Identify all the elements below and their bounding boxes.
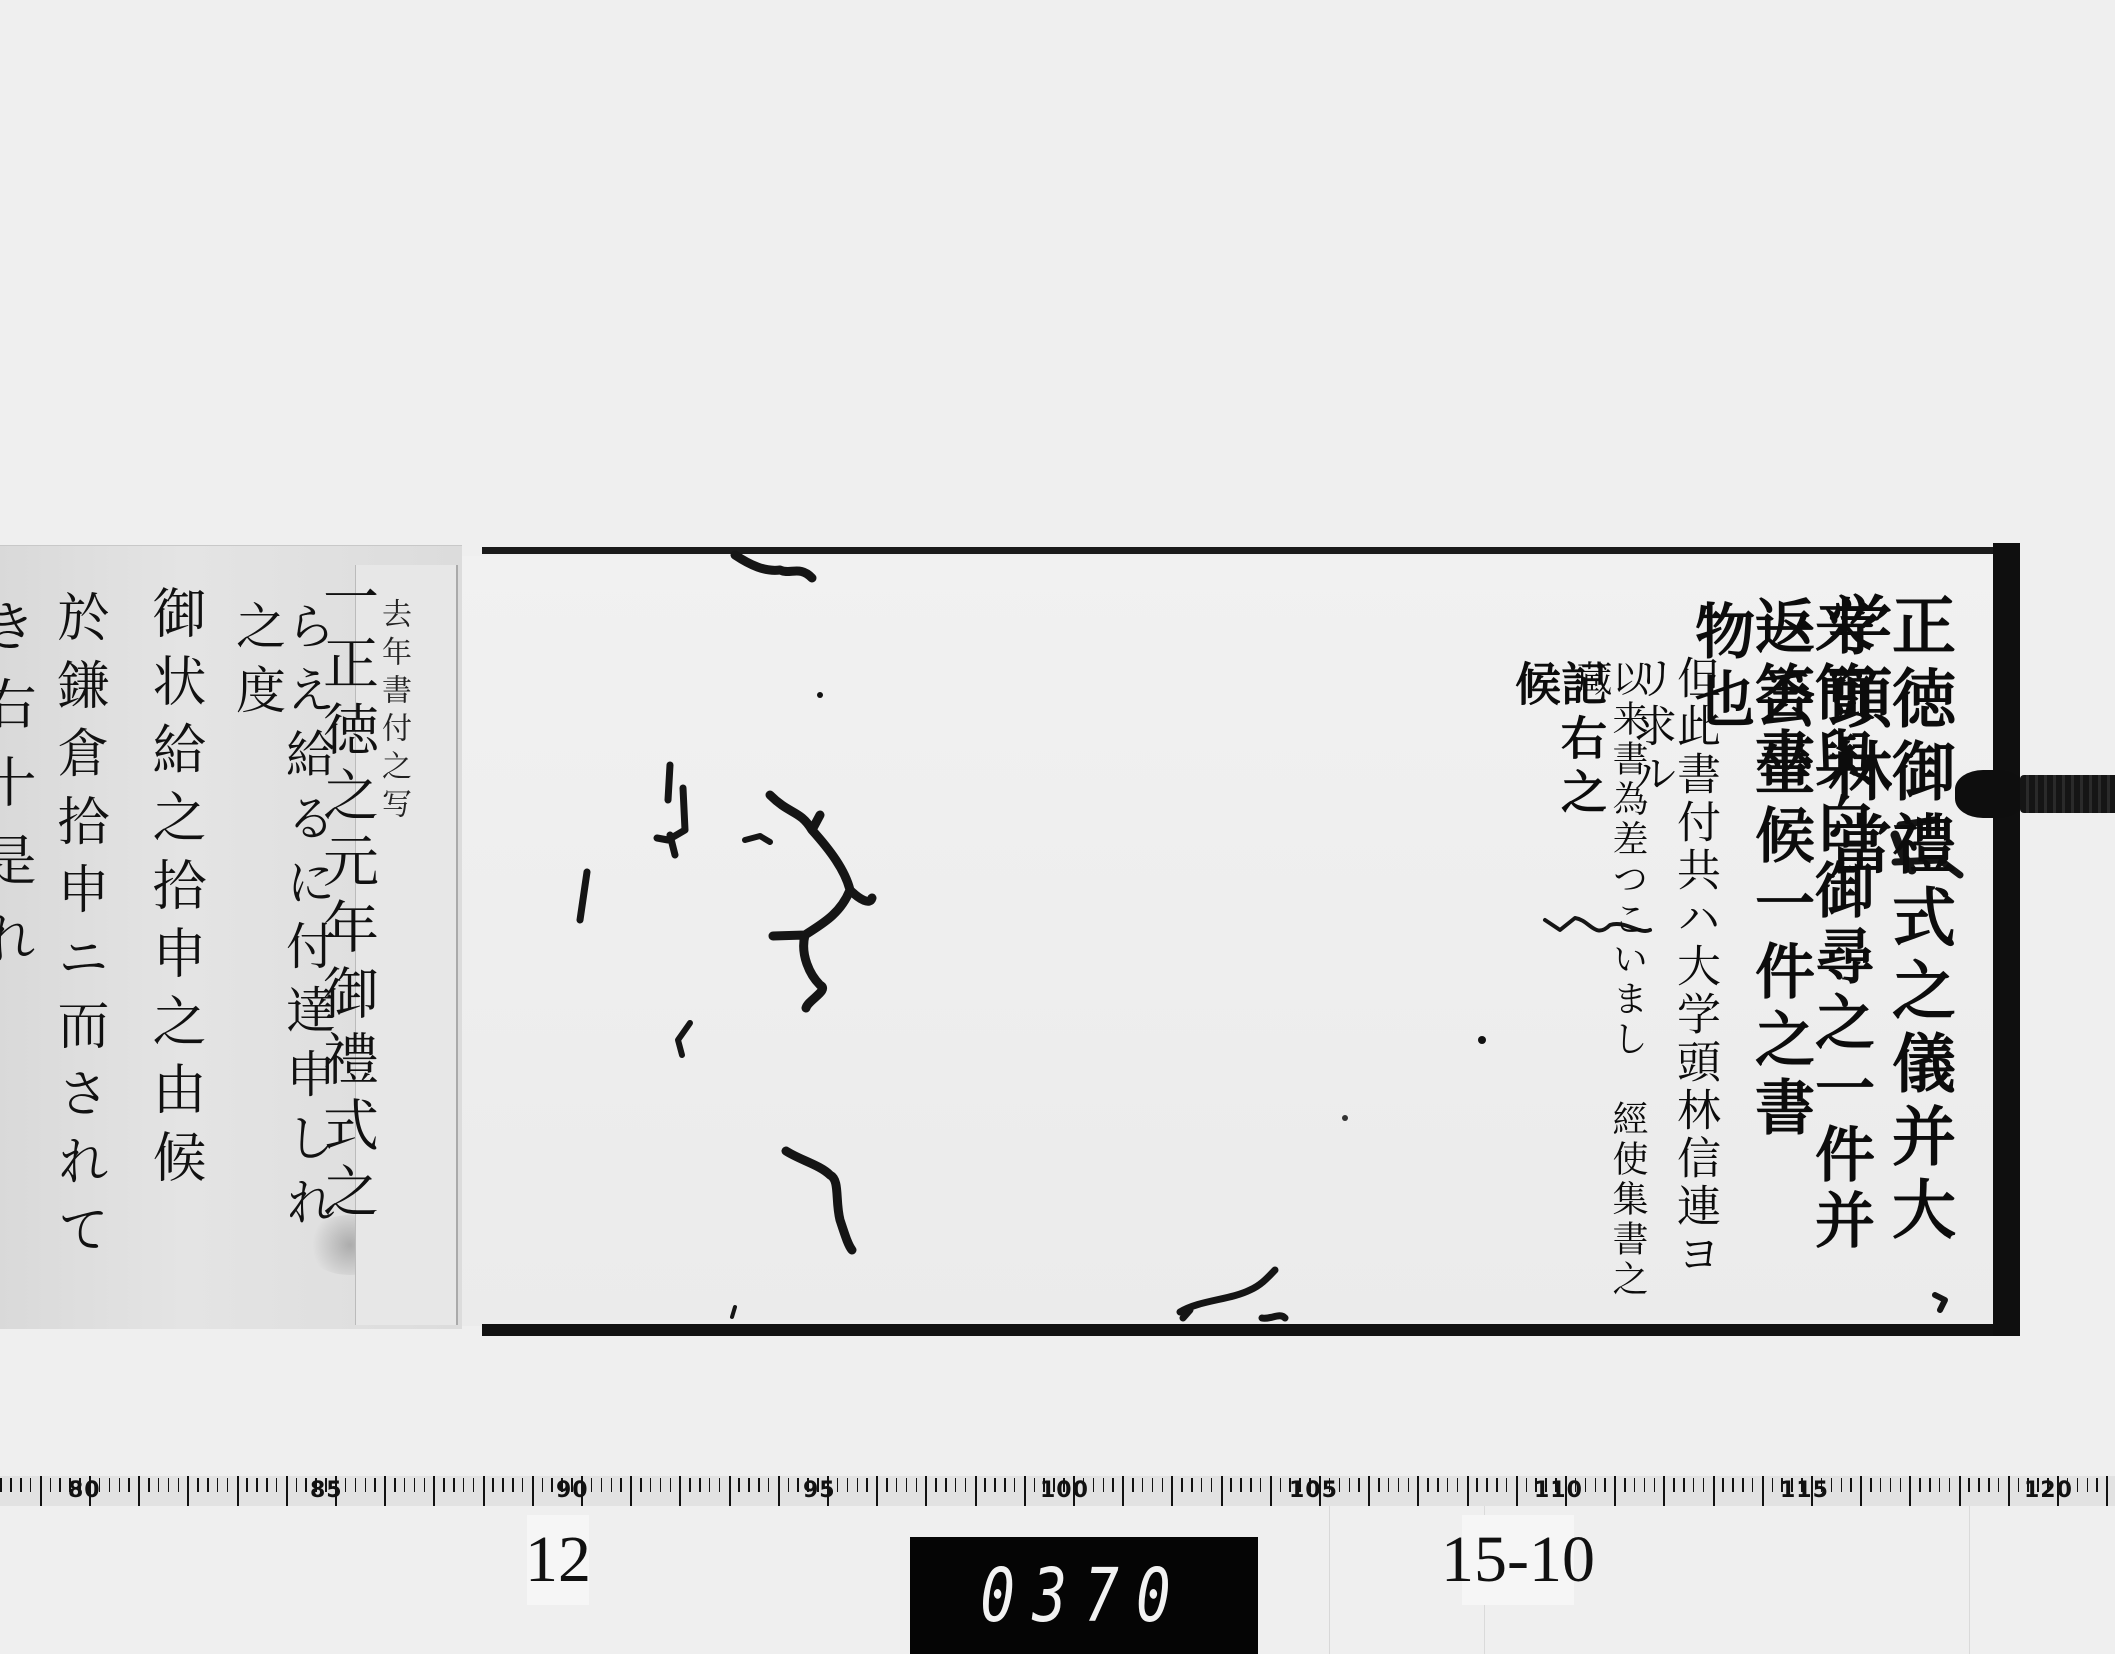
ruler-tick <box>630 1476 632 1506</box>
ruler-tick <box>59 1478 61 1492</box>
ruler-tick <box>404 1478 406 1492</box>
ruler-tick <box>1614 1476 1616 1506</box>
ruler-tick <box>1171 1476 1173 1506</box>
ruler-tick <box>384 1476 386 1506</box>
ruler-tick <box>0 1478 2 1492</box>
ruler-tick <box>1152 1478 1154 1492</box>
ruler-tick <box>492 1478 494 1492</box>
ruler-tick <box>30 1478 32 1492</box>
ruler-tick <box>729 1476 731 1506</box>
ruler-tick <box>611 1478 613 1492</box>
ruler-tick <box>1860 1476 1862 1506</box>
ruler-tick <box>1968 1478 1970 1492</box>
ruler-label: 95 <box>803 1478 836 1503</box>
ruler-tick <box>1654 1478 1656 1492</box>
ruler-tick <box>1526 1478 1528 1492</box>
ruler-tick <box>1447 1478 1449 1492</box>
ruler-tick <box>1831 1478 1833 1492</box>
ruler-tick <box>945 1478 947 1492</box>
ruler-tick <box>1260 1478 1262 1492</box>
ruler-tick <box>1772 1478 1774 1492</box>
ruler-tick <box>187 1476 189 1506</box>
ruler-tick <box>955 1478 957 1492</box>
ruler-tick <box>227 1478 229 1492</box>
ruler-tick <box>365 1478 367 1492</box>
ruler-tick <box>2087 1478 2089 1492</box>
ruler-tick <box>1476 1478 1478 1492</box>
ruler-tick <box>1496 1478 1498 1492</box>
ruler-tick <box>758 1478 760 1492</box>
ruler-tick <box>1752 1478 1754 1492</box>
ruler-tick <box>1427 1478 1429 1492</box>
ruler-tick <box>443 1478 445 1492</box>
ruler-tick <box>1408 1478 1410 1492</box>
ruler-tick <box>709 1478 711 1492</box>
ruler-tick <box>847 1478 849 1492</box>
ruler-tick <box>670 1478 672 1492</box>
ruler-label: 120 <box>2024 1478 2073 1503</box>
ruler-tick <box>866 1478 868 1492</box>
ruler-tick <box>433 1476 435 1506</box>
ruler-tick <box>305 1478 307 1492</box>
divider <box>1329 1506 1330 1654</box>
ruler-tick <box>1703 1478 1705 1492</box>
ruler-tick <box>1880 1478 1882 1492</box>
ruler-tick <box>1722 1478 1724 1492</box>
ruler-label: 105 <box>1289 1478 1338 1503</box>
ruler-tick <box>1230 1478 1232 1492</box>
ruler-tick <box>1929 1478 1931 1492</box>
ruler-tick <box>994 1478 996 1492</box>
ruler-tick <box>1250 1478 1252 1492</box>
ruler-tick <box>1221 1476 1223 1506</box>
ruler-tick <box>1673 1478 1675 1492</box>
ruler-tick <box>1742 1478 1744 1492</box>
ruler-tick <box>20 1478 22 1492</box>
ruler-tick <box>119 1478 121 1492</box>
ruler-tick <box>699 1478 701 1492</box>
ruler-tick <box>689 1478 691 1492</box>
ruler-tick <box>1683 1478 1685 1492</box>
ruler-tick <box>1122 1476 1124 1506</box>
ruler-tick <box>935 1478 937 1492</box>
ruler-tick <box>1378 1478 1380 1492</box>
ruler-tick <box>778 1476 780 1506</box>
ruler-tick <box>1004 1478 1006 1492</box>
ruler-tick <box>748 1478 750 1492</box>
ruler-tick <box>797 1478 799 1492</box>
ruler-tick <box>1909 1476 1911 1506</box>
ruler-tick <box>1280 1478 1282 1492</box>
ruler-tick <box>857 1478 859 1492</box>
ruler-tick <box>1634 1478 1636 1492</box>
ruler-tick <box>1368 1476 1370 1506</box>
ruler-tick <box>1949 1478 1951 1492</box>
ruler-tick <box>788 1478 790 1492</box>
ruler-tick <box>1270 1476 1272 1506</box>
ruler-tick <box>719 1478 721 1492</box>
ruler-tick <box>345 1478 347 1492</box>
ruler-tick <box>1358 1478 1360 1492</box>
ruler-tick <box>1162 1478 1164 1492</box>
ruler-tick <box>502 1478 504 1492</box>
ruler-label: 85 <box>310 1478 343 1503</box>
divider <box>1969 1506 1970 1654</box>
ruler-tick <box>1595 1478 1597 1492</box>
ruler-tick <box>1900 1478 1902 1492</box>
ruler-tick <box>1034 1478 1036 1492</box>
ruler-tick <box>1132 1478 1134 1492</box>
ruler-tick <box>542 1478 544 1492</box>
ruler-tick <box>1398 1478 1400 1492</box>
ruler-tick <box>10 1478 12 1492</box>
ruler-tick <box>1978 1478 1980 1492</box>
ruler-tick <box>2096 1478 2098 1492</box>
ruler-tick <box>266 1478 268 1492</box>
ruler-tick <box>601 1478 603 1492</box>
ruler-tick <box>2018 1478 2020 1492</box>
measurement-ruler: 80 85 90 95 100 105 110 115 120 <box>0 1476 2115 1506</box>
ruler-tick <box>237 1476 239 1506</box>
ruler-tick <box>50 1478 52 1492</box>
ruler-tick <box>286 1476 288 1506</box>
ruler-label: 80 <box>68 1478 101 1503</box>
ruler-tick <box>453 1478 455 1492</box>
ruler-tick <box>1624 1478 1626 1492</box>
ruler-tick <box>2077 1478 2079 1492</box>
ruler-tick <box>1732 1478 1734 1492</box>
ruler-tick <box>650 1478 652 1492</box>
ruler-tick <box>620 1478 622 1492</box>
ruler-tick <box>355 1478 357 1492</box>
ruler-tick <box>109 1478 111 1492</box>
ruler-tick <box>1890 1478 1892 1492</box>
ruler-tick <box>1762 1476 1764 1506</box>
ruler-tick <box>1112 1478 1114 1492</box>
ruler-tick <box>1014 1478 1016 1492</box>
ruler-label: 90 <box>556 1478 589 1503</box>
ruler-tick <box>2008 1476 2010 1506</box>
ruler-tick <box>256 1478 258 1492</box>
ruler-tick <box>925 1476 927 1506</box>
ruler-tick <box>473 1478 475 1492</box>
ruler-tick <box>40 1476 42 1506</box>
ruler-tick <box>660 1478 662 1492</box>
ruler-tick <box>1516 1476 1518 1506</box>
ruler-tick <box>591 1478 593 1492</box>
ruler-tick <box>886 1478 888 1492</box>
ruler-tick <box>1959 1476 1961 1506</box>
ruler-tick <box>916 1478 918 1492</box>
ruler-tick <box>1693 1478 1695 1492</box>
ruler-tick <box>975 1476 977 1506</box>
ruler-tick <box>178 1478 180 1492</box>
ruler-tick <box>217 1478 219 1492</box>
frame-counter: 0370 <box>910 1537 1258 1654</box>
ruler-tick <box>128 1478 130 1492</box>
ruler-tick <box>1201 1478 1203 1492</box>
ruler-tick <box>1437 1478 1439 1492</box>
ruler-tick <box>551 1478 553 1492</box>
ruler-tick <box>1486 1478 1488 1492</box>
ruler-tick <box>276 1478 278 1492</box>
ruler-tick <box>424 1478 426 1492</box>
ruler-tick <box>1388 1478 1390 1492</box>
ruler-tick <box>837 1478 839 1492</box>
ruler-tick <box>1939 1478 1941 1492</box>
ruler-tick <box>679 1476 681 1506</box>
ruler-tick <box>1870 1478 1872 1492</box>
ruler-label: 110 <box>1534 1478 1583 1503</box>
ruler-tick <box>1713 1476 1715 1506</box>
ruler-tick <box>207 1478 209 1492</box>
frame-number: 0370 <box>980 1553 1188 1639</box>
ruler-tick <box>984 1478 986 1492</box>
ruler-tick <box>463 1478 465 1492</box>
ruler-tick <box>1850 1478 1852 1492</box>
ruler-tick <box>148 1478 150 1492</box>
ruler-tick <box>532 1476 534 1506</box>
ruler-tick <box>138 1476 140 1506</box>
reel-number-label: 12 <box>527 1515 589 1605</box>
ruler-tick <box>1142 1478 1144 1492</box>
ruler-tick <box>1644 1478 1646 1492</box>
ruler-tick <box>246 1478 248 1492</box>
ruler-tick <box>296 1478 298 1492</box>
ruler-tick <box>1457 1478 1459 1492</box>
ruler-tick <box>2106 1476 2108 1506</box>
ruler-tick <box>168 1478 170 1492</box>
ruler-tick <box>768 1478 770 1492</box>
ruler-tick <box>1339 1478 1341 1492</box>
ruler-tick <box>1024 1476 1026 1506</box>
ruler-label: 115 <box>1780 1478 1829 1503</box>
ruler-tick <box>738 1478 740 1492</box>
ruler-tick <box>1919 1478 1921 1492</box>
ruler-tick <box>896 1478 898 1492</box>
ruler-tick <box>374 1478 376 1492</box>
ruler-tick <box>1467 1476 1469 1506</box>
ruler-tick <box>1663 1476 1665 1506</box>
ruler-tick <box>1988 1478 1990 1492</box>
ruler-tick <box>906 1478 908 1492</box>
ruler-tick <box>1841 1478 1843 1492</box>
ruler-tick <box>414 1478 416 1492</box>
ruler-tick <box>197 1478 199 1492</box>
ruler-tick <box>1240 1478 1242 1492</box>
main-column-6: 記右之候 <box>1512 660 1604 860</box>
ruler-tick <box>1998 1478 2000 1492</box>
ruler-tick <box>1585 1478 1587 1492</box>
ruler-tick <box>965 1478 967 1492</box>
ruler-tick <box>1103 1478 1105 1492</box>
ruler-tick <box>1506 1478 1508 1492</box>
ruler-tick <box>1181 1478 1183 1492</box>
ruler-label: 100 <box>1040 1478 1089 1503</box>
ruler-tick <box>1093 1478 1095 1492</box>
ruler-tick <box>158 1478 160 1492</box>
ruler-tick <box>1417 1476 1419 1506</box>
ruler-tick <box>512 1478 514 1492</box>
item-number-label: 15-10 <box>1462 1515 1574 1605</box>
ruler-tick <box>876 1476 878 1506</box>
ruler-tick <box>522 1478 524 1492</box>
ruler-tick <box>1191 1478 1193 1492</box>
ruler-tick <box>394 1478 396 1492</box>
ruler-tick <box>640 1478 642 1492</box>
ruler-tick <box>1604 1478 1606 1492</box>
ruler-tick <box>483 1476 485 1506</box>
ruler-tick <box>1349 1478 1351 1492</box>
ruler-tick <box>1211 1478 1213 1492</box>
